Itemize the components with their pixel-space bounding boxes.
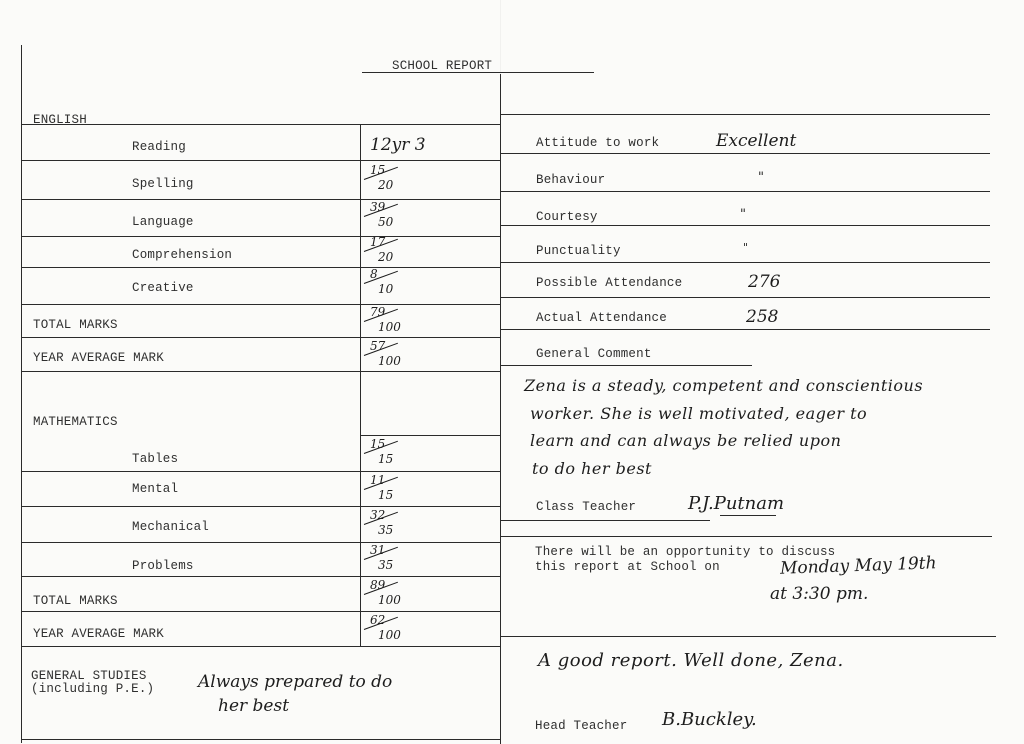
general-comment-line-1: Zena is a steady, competent and conscien… — [524, 376, 923, 395]
out-of: 20 — [378, 178, 393, 192]
conduct-attitude-value: Excellent — [716, 131, 796, 151]
math-tables-mark: 1515 — [362, 437, 410, 471]
english-year-average-mark: 57100 — [362, 339, 410, 373]
math-year-average-mark: 62100 — [362, 613, 410, 647]
actual-attendance-value: 258 — [746, 307, 778, 327]
actual-attendance-label: Actual Attendance — [536, 311, 667, 325]
english-total-label: TOTAL MARKS — [33, 318, 118, 332]
divider — [22, 739, 500, 740]
out-of: 100 — [378, 593, 401, 607]
out-of: 20 — [378, 250, 393, 264]
conduct-attitude-label: Attitude to work — [536, 136, 659, 150]
conduct-punctuality-label: Punctuality — [536, 244, 621, 258]
conduct-punctuality-value: " — [743, 241, 748, 254]
divider — [22, 471, 500, 472]
math-problems-label: Problems — [132, 559, 194, 573]
math-mental-mark: 1115 — [362, 473, 410, 507]
out-of: 15 — [378, 452, 393, 466]
divider — [22, 267, 500, 268]
english-reading-value: 12yr 3 — [370, 135, 426, 155]
divider — [500, 636, 996, 637]
meeting-date: Monday May 19th — [780, 553, 937, 578]
out-of: 35 — [378, 523, 393, 537]
possible-attendance-value: 276 — [748, 272, 780, 292]
conduct-behaviour-label: Behaviour — [536, 173, 605, 187]
english-language-label: Language — [132, 215, 194, 229]
english-comprehension-mark: 1720 — [362, 235, 410, 269]
english-total-mark: 79100 — [362, 305, 410, 339]
divider — [22, 160, 500, 161]
label-line: GENERAL STUDIES — [31, 669, 147, 683]
conduct-behaviour-value: " — [758, 170, 764, 185]
english-year-average-label: YEAR AVERAGE MARK — [33, 351, 164, 365]
mathematics-heading: MATHEMATICS — [33, 415, 118, 429]
english-reading-label: Reading — [132, 140, 186, 154]
divider — [500, 225, 990, 226]
meeting-time: at 3:30 pm. — [770, 584, 868, 604]
divider — [500, 365, 752, 366]
divider — [360, 435, 500, 436]
divider — [500, 297, 990, 298]
out-of: 100 — [378, 628, 401, 642]
general-comment-line-4: to do her best — [532, 459, 652, 478]
math-total-mark: 89100 — [362, 578, 410, 612]
conduct-courtesy-label: Courtesy — [536, 210, 598, 224]
label-line: (including P.E.) — [31, 682, 154, 696]
meeting-line-1: There will be an opportunity to discuss — [535, 545, 835, 559]
divider — [22, 124, 500, 125]
divider — [500, 536, 992, 537]
general-comment-label: General Comment — [536, 347, 652, 361]
report-title: SCHOOL REPORT — [392, 59, 492, 73]
general-comment-line-3: learn and can always be relied upon — [530, 431, 841, 450]
math-mental-label: Mental — [132, 482, 178, 496]
divider — [22, 646, 500, 647]
divider — [500, 262, 990, 263]
general-comment-line-2: worker. She is well motivated, eager to — [530, 404, 867, 423]
divider — [22, 611, 500, 612]
math-mechanical-label: Mechanical — [132, 520, 209, 534]
general-studies-comment-line2: her best — [218, 696, 289, 716]
possible-attendance-label: Possible Attendance — [536, 276, 682, 290]
english-spelling-mark: 1520 — [362, 163, 410, 197]
english-language-mark: 3950 — [362, 200, 410, 234]
head-teacher-label: Head Teacher — [535, 719, 627, 733]
math-problems-mark: 3135 — [362, 543, 410, 577]
general-studies-label: GENERAL STUDIES (including P.E.) — [31, 670, 154, 696]
divider — [500, 114, 990, 115]
divider — [22, 199, 500, 200]
left-border — [21, 45, 22, 743]
meeting-line-2: this report at School on — [535, 560, 720, 574]
english-comprehension-label: Comprehension — [132, 248, 232, 262]
divider — [500, 520, 710, 521]
class-teacher-label: Class Teacher — [536, 500, 636, 514]
divider — [22, 371, 500, 372]
signature-underline — [720, 515, 776, 516]
center-divider — [500, 74, 501, 744]
out-of: 15 — [378, 488, 393, 502]
divider — [22, 576, 500, 577]
divider — [22, 337, 500, 338]
out-of: 50 — [378, 215, 393, 229]
divider — [22, 506, 500, 507]
general-studies-comment-line1: Always prepared to do — [198, 672, 392, 692]
out-of: 100 — [378, 354, 401, 368]
marks-column-divider — [360, 124, 361, 646]
english-creative-label: Creative — [132, 281, 194, 295]
out-of: 35 — [378, 558, 393, 572]
out-of: 100 — [378, 320, 401, 334]
divider — [22, 542, 500, 543]
head-teacher-signature: B.Buckley. — [662, 709, 757, 730]
divider — [500, 191, 990, 192]
divider — [22, 304, 500, 305]
conduct-courtesy-value: " — [740, 207, 746, 222]
math-mechanical-mark: 3235 — [362, 508, 410, 542]
class-teacher-signature: P.J.Putnam — [688, 493, 784, 514]
math-total-label: TOTAL MARKS — [33, 594, 118, 608]
math-tables-label: Tables — [132, 452, 178, 466]
out-of: 10 — [378, 282, 393, 296]
title-underline — [362, 72, 594, 73]
math-year-average-label: YEAR AVERAGE MARK — [33, 627, 164, 641]
english-creative-mark: 810 — [362, 267, 410, 301]
english-spelling-label: Spelling — [132, 177, 194, 191]
divider — [500, 153, 990, 154]
head-teacher-comment: A good report. Well done, Zena. — [538, 650, 844, 671]
divider — [500, 329, 990, 330]
divider — [22, 236, 500, 237]
